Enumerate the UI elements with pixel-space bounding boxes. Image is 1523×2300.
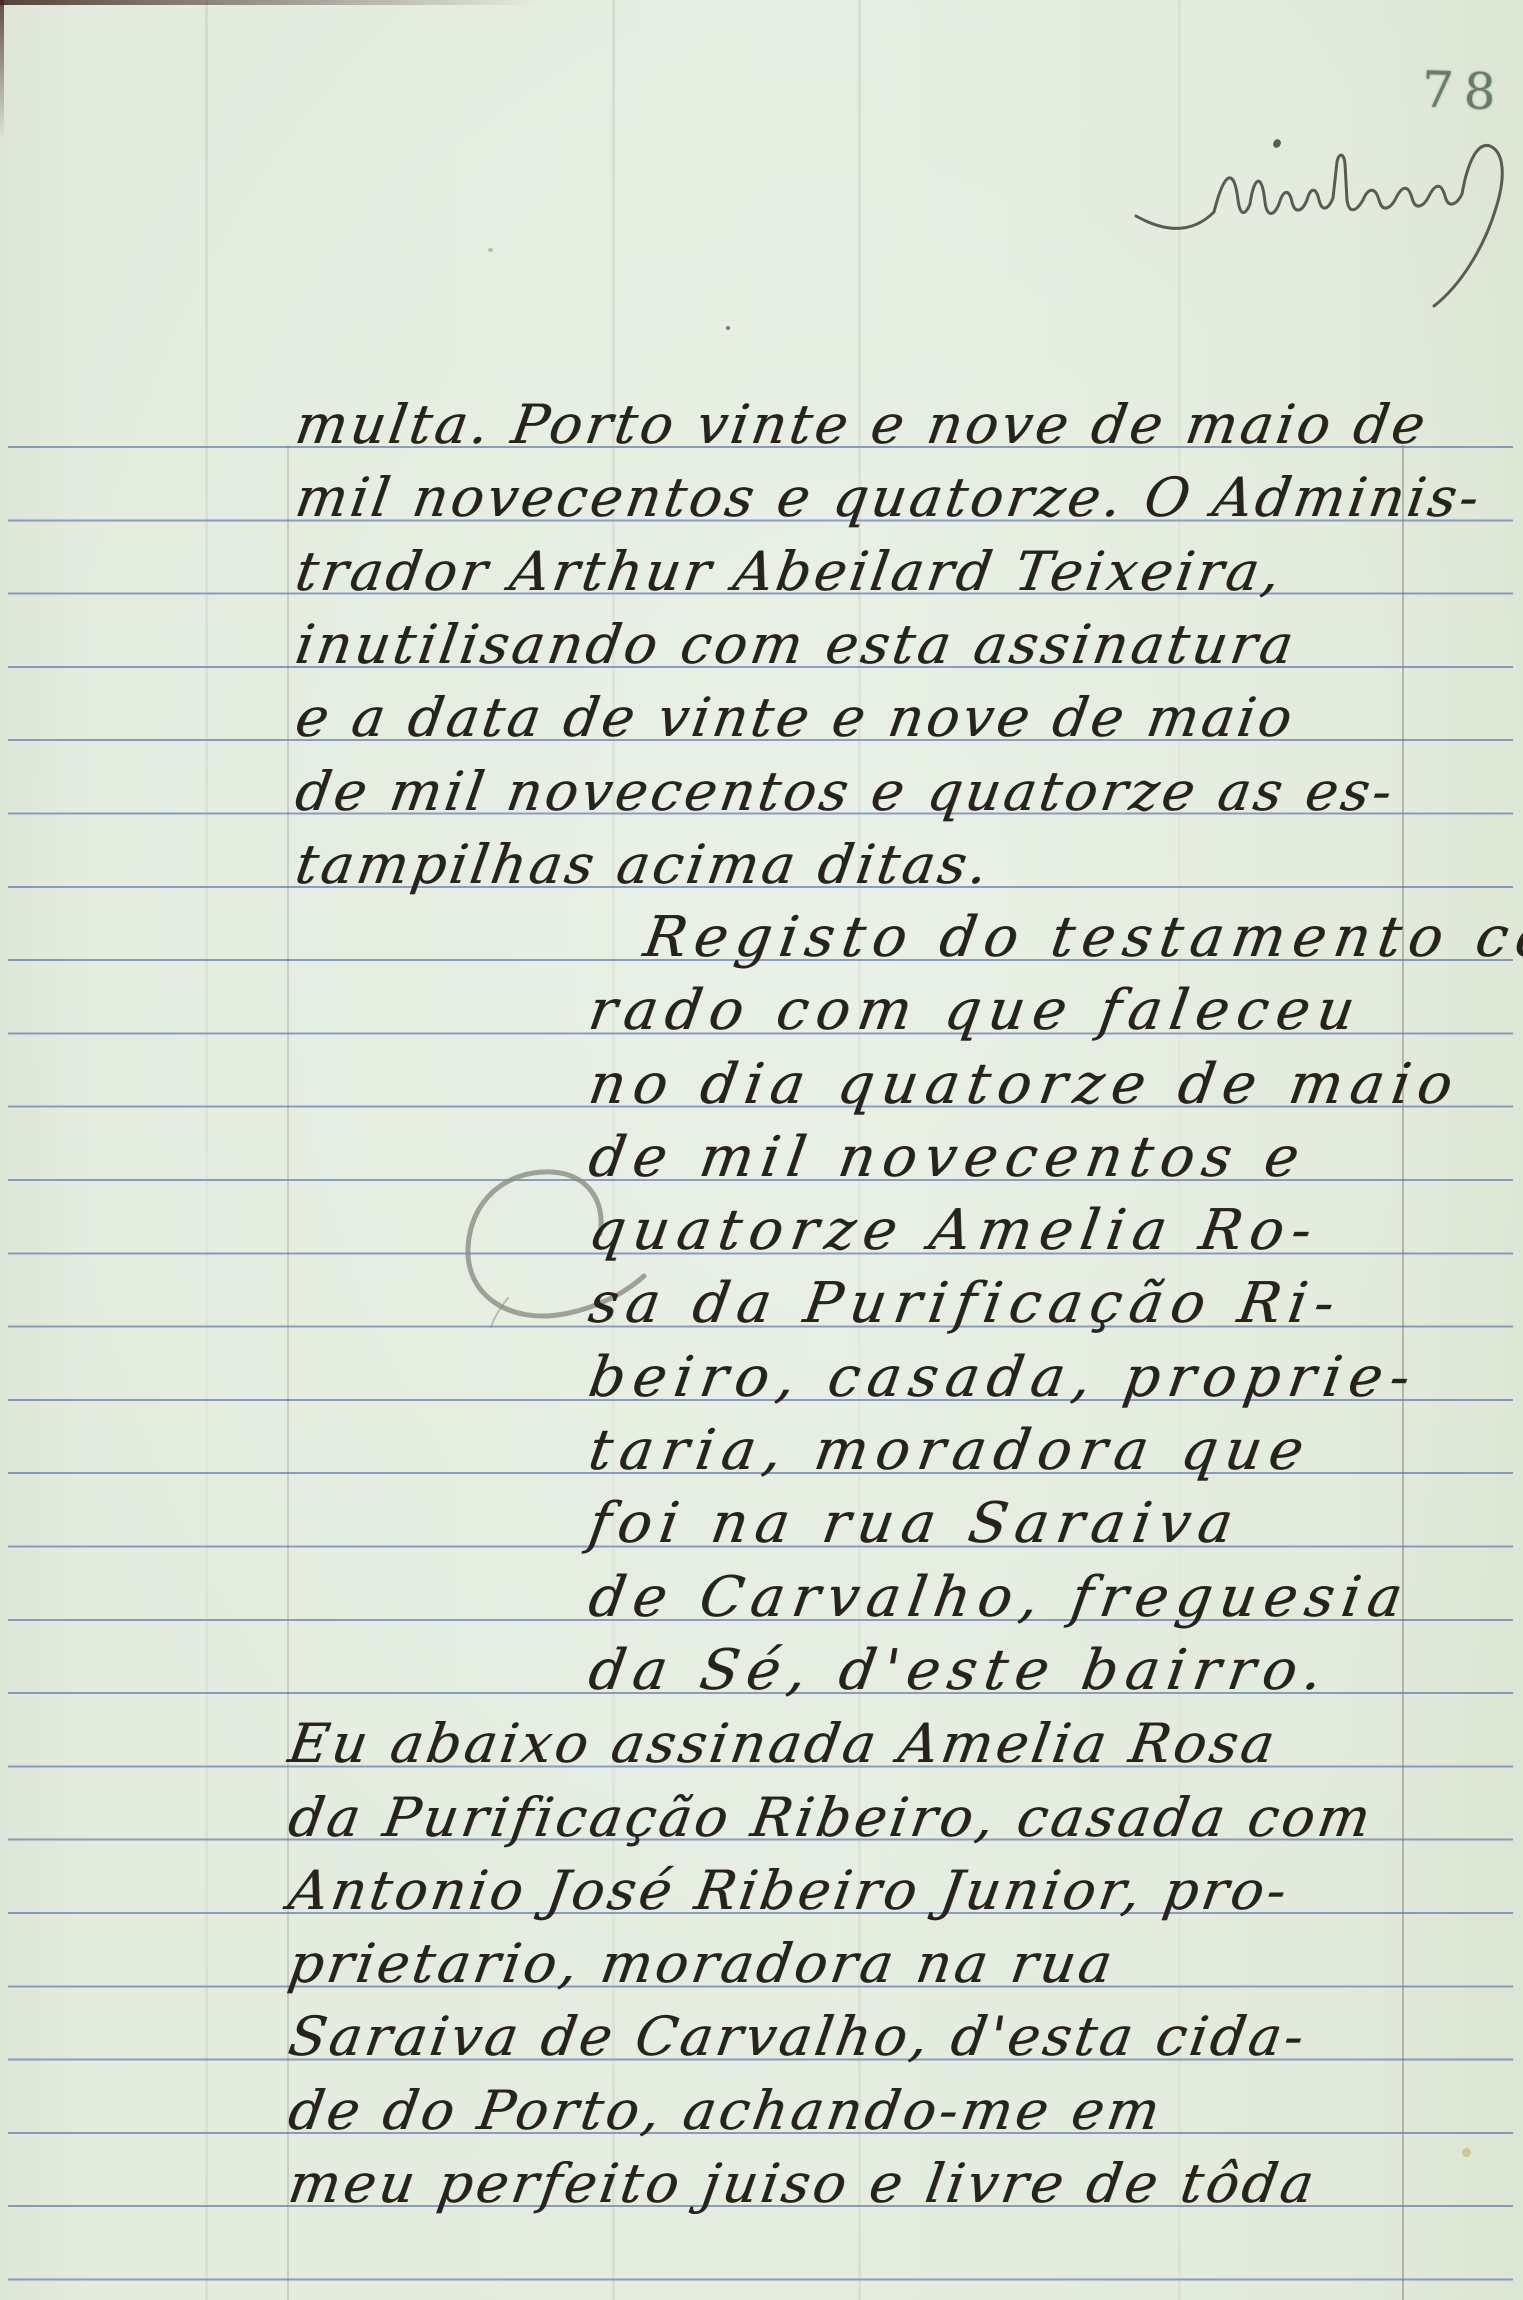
- manuscript-line: prietario, moradora na rua: [285, 1937, 1119, 1991]
- manuscript-line: Eu abaixo assinada Amelia Rosa: [285, 1717, 1281, 1771]
- manuscript-line: foi na rua Saraiva: [585, 1496, 1244, 1552]
- manuscript-line: taria, moradora que: [585, 1423, 1315, 1479]
- manuscript-page: 78 multa. Porto vinte e nove de maio de …: [0, 0, 1523, 2300]
- left-margin-line: [287, 445, 289, 2300]
- paper-crease: [205, 0, 208, 2300]
- paper-stain: [1462, 2148, 1471, 2157]
- manuscript-line: meu perfeito juiso e livre de tôda: [285, 2157, 1321, 2211]
- manuscript-line: multa. Porto vinte e nove de maio de: [292, 398, 1432, 452]
- manuscript-line: beiro, casada, proprie-: [585, 1350, 1421, 1406]
- scan-edge-left: [0, 0, 4, 140]
- manuscript-line: da Sé, d'este bairro.: [585, 1643, 1334, 1699]
- manuscript-line: mil novecentos e quatorze. O Adminis-: [292, 471, 1486, 525]
- manuscript-line: quatorze Amelia Ro-: [585, 1203, 1323, 1259]
- manuscript-line: inutilisando com esta assinatura: [292, 618, 1300, 672]
- manuscript-line: tampilhas acima ditas.: [292, 838, 995, 892]
- manuscript-line: de mil novecentos e: [585, 1130, 1310, 1186]
- manuscript-line: sa da Purificação Ri-: [585, 1276, 1346, 1332]
- manuscript-line: e a data de vinte e nove de maio: [292, 691, 1299, 745]
- manuscript-line: de do Porto, achando-me em: [285, 2084, 1167, 2138]
- manuscript-line: de Carvalho, freguesia: [585, 1570, 1414, 1626]
- manuscript-line: de mil novecentos e quatorze as es-: [292, 765, 1399, 819]
- manuscript-line: Saraiva de Carvalho, d'esta cida-: [285, 2010, 1311, 2064]
- manuscript-line: Antonio José Ribeiro Junior, pro-: [285, 1864, 1293, 1918]
- scan-edge-top: [0, 0, 540, 5]
- manuscript-line: Registo do testamento cer-: [640, 910, 1523, 966]
- page-number-stamp: 78: [1421, 61, 1507, 122]
- administrator-signature: [1128, 116, 1523, 311]
- manuscript-line: da Purificação Ribeiro, casada com: [285, 1791, 1377, 1845]
- manuscript-line: rado com que faleceu: [585, 983, 1366, 1039]
- manuscript-line: no dia quatorze de maio: [585, 1057, 1464, 1113]
- paper-stain: [726, 326, 730, 330]
- paper-stain: [488, 248, 493, 252]
- manuscript-line: trador Arthur Abeilard Teixeira,: [292, 545, 1287, 599]
